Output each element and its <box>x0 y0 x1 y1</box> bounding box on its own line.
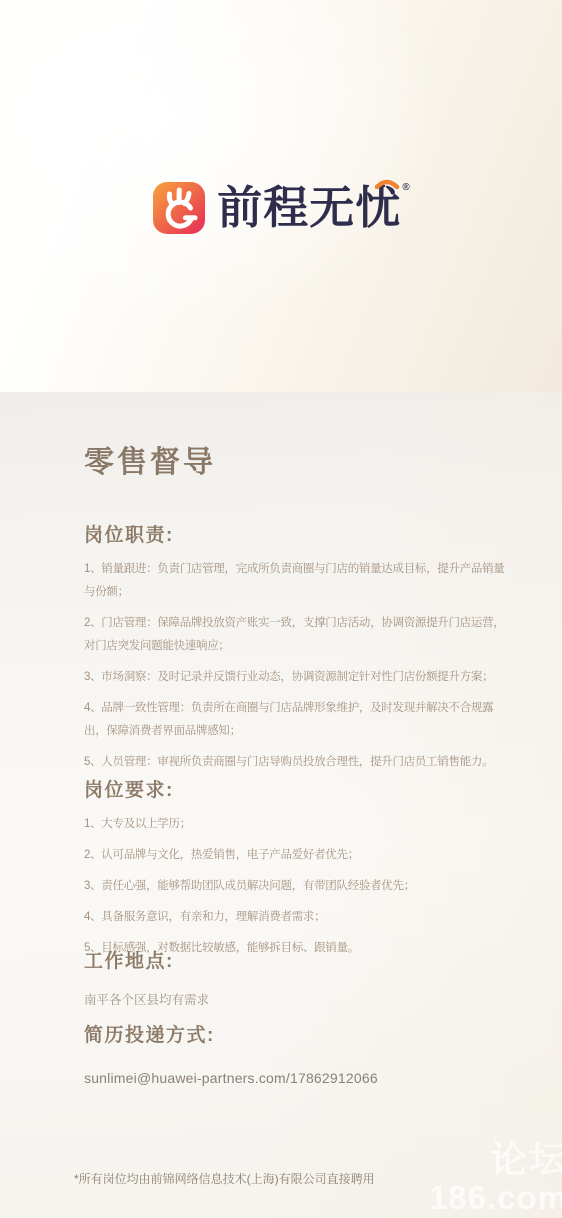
brand-hand-icon <box>152 181 206 235</box>
brand-name-group: 前程无忧 ® <box>217 181 409 235</box>
requirement-item-2: 2、认可品牌与文化，热爱销售，电子产品爱好者优先； <box>84 844 514 867</box>
requirement-item-4: 4、具备服务意识，有亲和力，理解消费者需求； <box>84 906 514 929</box>
location-section: 工作地点: 南平各个区县均有需求 <box>84 948 514 1010</box>
resume-section: 简历投递方式: sunlimei@huawei-partners.com/178… <box>84 1022 514 1088</box>
responsibilities-heading: 岗位职责: <box>84 522 514 550</box>
responsibility-item-2: 2、门店管理：保障品牌投放资产账实一致，支撑门店活动，协调资源提升门店运营，对门… <box>84 612 514 658</box>
brand-name: 前程无忧 <box>217 181 401 235</box>
registered-trademark-mark: ® <box>402 183 409 193</box>
responsibility-item-4: 4、品牌一致性管理：负责所在商圈与门店品牌形象维护，及时发现并解决不合规露出，保… <box>84 697 514 743</box>
job-title: 零售督导 <box>84 445 216 481</box>
responsibility-item-5: 5、人员管理：审视所负责商圈与门店导购员投放合理性，提升门店员工销售能力。 <box>84 751 514 774</box>
responsibility-item-3: 3、市场洞察：及时记录并反馈行业动态，协调资源制定针对性门店份额提升方案； <box>84 666 514 689</box>
requirement-item-1: 1、大专及以上学历； <box>84 813 514 836</box>
requirements-heading: 岗位要求: <box>84 777 514 805</box>
hiring-disclaimer: *所有岗位均由前锦网络信息技术(上海)有限公司直接聘用 <box>74 1171 375 1187</box>
location-value: 南平各个区县均有需求 <box>84 990 514 1010</box>
requirement-item-3: 3、责任心强，能够帮助团队成员解决问题，有带团队经验者优先； <box>84 875 514 898</box>
responsibility-item-1: 1、销量跟进：负责门店管理，完成所负责商圈与门店的销量达成目标，提升产品销量与份… <box>84 558 514 604</box>
responsibilities-section: 岗位职责: 1、销量跟进：负责门店管理，完成所负责商圈与门店的销量达成目标，提升… <box>84 522 514 782</box>
resume-contact-value: sunlimei@huawei-partners.com/17862912066 <box>84 1068 514 1088</box>
brand-logo: 前程无忧 ® <box>0 181 562 235</box>
resume-heading: 简历投递方式: <box>84 1022 514 1050</box>
location-heading: 工作地点: <box>84 948 514 976</box>
job-posting-page: 前程无忧 ® 零售督导 岗位职责: 1、销量跟进：负责门店管理，完成所负责商圈与… <box>0 0 562 1218</box>
brand-accent-arc-icon <box>374 176 400 189</box>
requirements-section: 岗位要求: 1、大专及以上学历； 2、认可品牌与文化，热爱销售，电子产品爱好者优… <box>84 777 514 968</box>
